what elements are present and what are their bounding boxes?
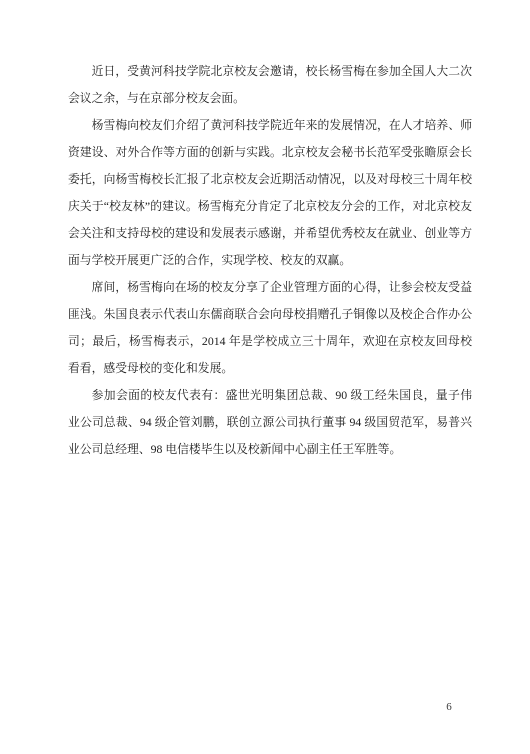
- paragraph-4: 参加会面的校友代表有：盛世光明集团总裁、90 级工经朱国良，量子伟业公司总裁、9…: [68, 382, 472, 463]
- page-number: 6: [441, 700, 457, 714]
- paragraph-2: 杨雪梅向校友们介绍了黄河科技学院近年来的发展情况，在人才培养、师资建设、对外合作…: [68, 112, 472, 274]
- paragraph-3: 席间，杨雪梅向在场的校友分享了企业管理方面的心得，让参会校友受益匪浅。朱国良表示…: [68, 274, 472, 382]
- document-page: 近日，受黄河科技学院北京校友会邀请，校长杨雪梅在参加全国人大二次会议之余，与在京…: [0, 0, 530, 754]
- paragraph-1: 近日，受黄河科技学院北京校友会邀请，校长杨雪梅在参加全国人大二次会议之余，与在京…: [68, 58, 472, 112]
- document-body: 近日，受黄河科技学院北京校友会邀请，校长杨雪梅在参加全国人大二次会议之余，与在京…: [68, 58, 472, 463]
